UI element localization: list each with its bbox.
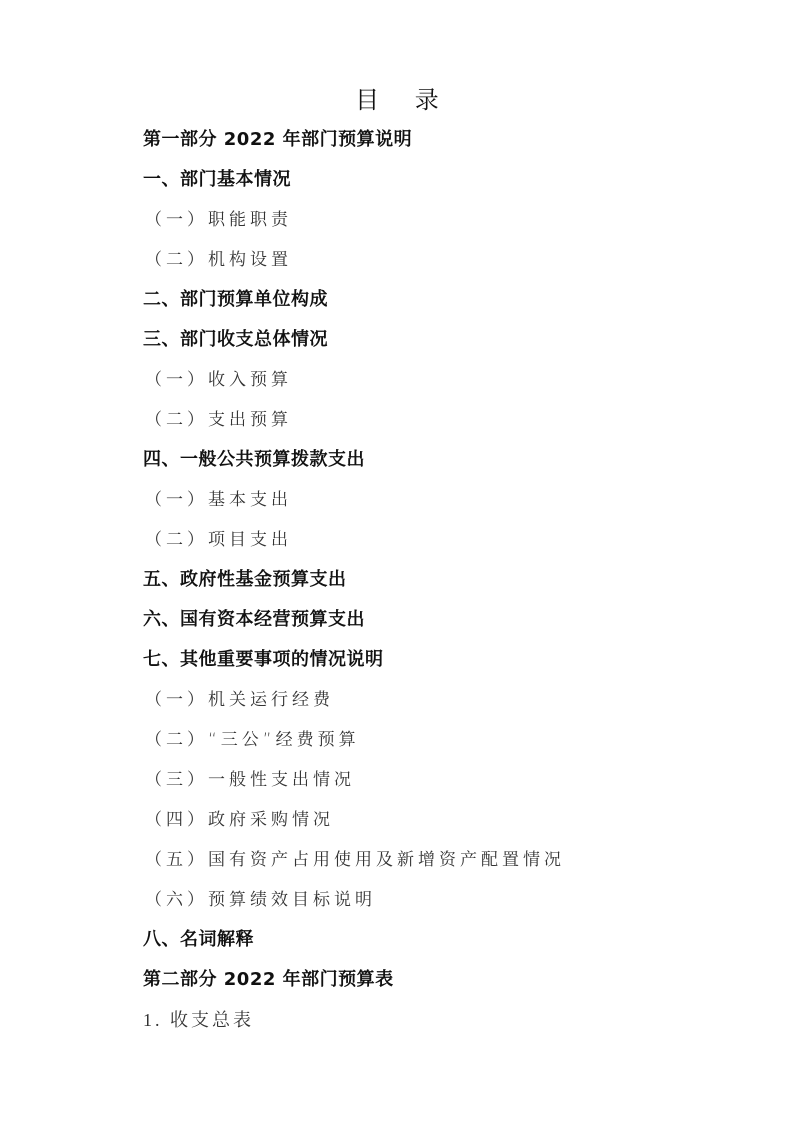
toc-sub-1-2[interactable]: （二）机构设置	[143, 246, 743, 286]
toc-sub-1-1[interactable]: （一）职能职责	[143, 206, 743, 246]
toc-sub-7-4[interactable]: （四）政府采购情况	[143, 806, 743, 846]
toc-sub-3-1[interactable]: （一）收入预算	[143, 366, 743, 406]
toc-part-2[interactable]: 第二部分 2022 年部门预算表	[143, 966, 743, 1006]
toc-sub-7-2[interactable]: （二）“三公”经费预算	[143, 726, 743, 766]
toc-table-1[interactable]: 1. 收支总表	[143, 1006, 743, 1046]
toc-section-7[interactable]: 七、其他重要事项的情况说明	[143, 646, 743, 686]
toc-section-1[interactable]: 一、部门基本情况	[143, 166, 743, 206]
toc-section-8[interactable]: 八、名词解释	[143, 926, 743, 966]
toc-sub-7-3[interactable]: （三）一般性支出情况	[143, 766, 743, 806]
toc-section-5[interactable]: 五、政府性基金预算支出	[143, 566, 743, 606]
toc-section-2[interactable]: 二、部门预算单位构成	[143, 286, 743, 326]
toc-sub-7-5[interactable]: （五）国有资产占用使用及新增资产配置情况	[143, 846, 743, 886]
toc-sub-4-2[interactable]: （二）项目支出	[143, 526, 743, 566]
toc-section-4[interactable]: 四、一般公共预算拨款支出	[143, 446, 743, 486]
table-of-contents: 第一部分 2022 年部门预算说明 一、部门基本情况 （一）职能职责 （二）机构…	[143, 126, 743, 1046]
toc-part-1[interactable]: 第一部分 2022 年部门预算说明	[143, 126, 743, 166]
toc-sub-7-6[interactable]: （六）预算绩效目标说明	[143, 886, 743, 926]
toc-sub-4-1[interactable]: （一）基本支出	[143, 486, 743, 526]
toc-sub-3-2[interactable]: （二）支出预算	[143, 406, 743, 446]
toc-title: 目 录	[0, 84, 794, 116]
toc-section-3[interactable]: 三、部门收支总体情况	[143, 326, 743, 366]
document-page: 目 录 第一部分 2022 年部门预算说明 一、部门基本情况 （一）职能职责 （…	[0, 0, 794, 1122]
toc-section-6[interactable]: 六、国有资本经营预算支出	[143, 606, 743, 646]
toc-sub-7-1[interactable]: （一）机关运行经费	[143, 686, 743, 726]
